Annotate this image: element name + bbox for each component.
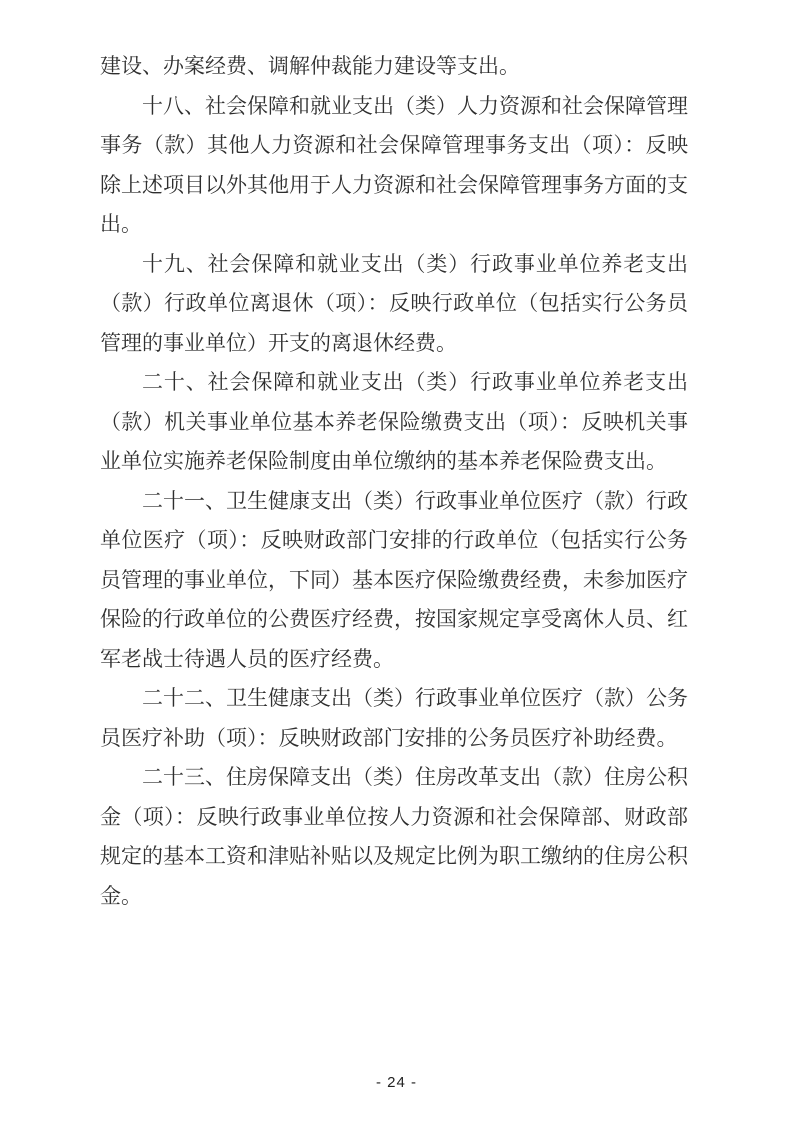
paragraph-item-20: 二十、社会保障和就业支出（类）行政事业单位养老支出（款）机关事业单位基本养老保险… — [100, 363, 688, 482]
paragraph-item-21: 二十一、卫生健康支出（类）行政事业单位医疗（款）行政单位医疗（项）：反映财政部门… — [100, 482, 688, 680]
document-page: 建设、办案经费、调解仲裁能力建设等支出。 十八、社会保障和就业支出（类）人力资源… — [0, 0, 793, 1122]
paragraph-item-19: 十九、社会保障和就业支出（类）行政事业单位养老支出（款）行政单位离退休（项）：反… — [100, 245, 688, 364]
paragraph-item-22: 二十二、卫生健康支出（类）行政事业单位医疗（款）公务员医疗补助（项）：反映财政部… — [100, 679, 688, 758]
page-number: - 24 - — [0, 1074, 793, 1091]
paragraph-continuation: 建设、办案经费、调解仲裁能力建设等支出。 — [100, 47, 688, 87]
paragraph-item-23: 二十三、住房保障支出（类）住房改革支出（款）住房公积金（项）：反映行政事业单位按… — [100, 758, 688, 916]
paragraph-item-18: 十八、社会保障和就业支出（类）人力资源和社会保障管理事务（款）其他人力资源和社会… — [100, 87, 688, 245]
document-body: 建设、办案经费、调解仲裁能力建设等支出。 十八、社会保障和就业支出（类）人力资源… — [100, 47, 688, 916]
